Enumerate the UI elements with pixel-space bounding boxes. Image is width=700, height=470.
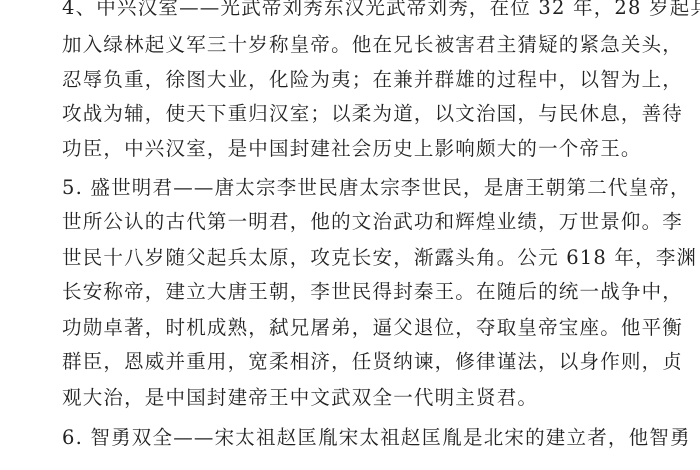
- text-line: 世民十八岁随父起兵太原，攻克长安，渐露头角。公元 618 年，李渊: [62, 246, 697, 270]
- text-line: 群臣，恩威并重用，宽柔相济，任贤纳谏，修律谨法，以身作则，贞: [62, 350, 683, 374]
- text-line: 世所公认的古代第一明君，他的文治武功和辉煌业绩，万世景仰。李: [62, 210, 683, 234]
- text-line: 忍辱负重，徐图大业，化险为夷；在兼并群雄的过程中，以智为上，: [62, 68, 683, 92]
- text-line: 观大治，是中国封建帝王中文武双全一代明主贤君。: [62, 386, 538, 410]
- text-line: 攻战为辅，使天下重归汉室；以柔为道，以文治国，与民休息，善待: [62, 102, 683, 126]
- text-line: 加入绿林起义军三十岁称皇帝。他在兄长被害君主猜疑的紧急关头，: [62, 33, 683, 57]
- text-line: 功勋卓著，时机成熟，弑兄屠弟，逼父退位，夺取皇帝宝座。他平衡: [62, 316, 683, 340]
- text-line: 4、中兴汉室——光武帝刘秀东汉光武帝刘秀，在位 32 年，28 岁起兵: [62, 0, 700, 20]
- document-page: 4、中兴汉室——光武帝刘秀东汉光武帝刘秀，在位 32 年，28 岁起兵 加入绿林…: [0, 0, 700, 470]
- text-line: 长安称帝，建立大唐王朝，李世民得封秦王。在随后的统一战争中，: [62, 280, 683, 304]
- section-heading-line: 5. 盛世明君——唐太宗李世民唐太宗李世民，是唐王朝第二代皇帝，: [62, 176, 691, 200]
- section-heading-line: 6. 智勇双全——宋太祖赵匡胤宋太祖赵匡胤是北宋的建立者，他智勇: [62, 426, 691, 450]
- text-line: 功臣，中兴汉室，是中国封建社会历史上影响颇大的一个帝王。: [62, 137, 642, 161]
